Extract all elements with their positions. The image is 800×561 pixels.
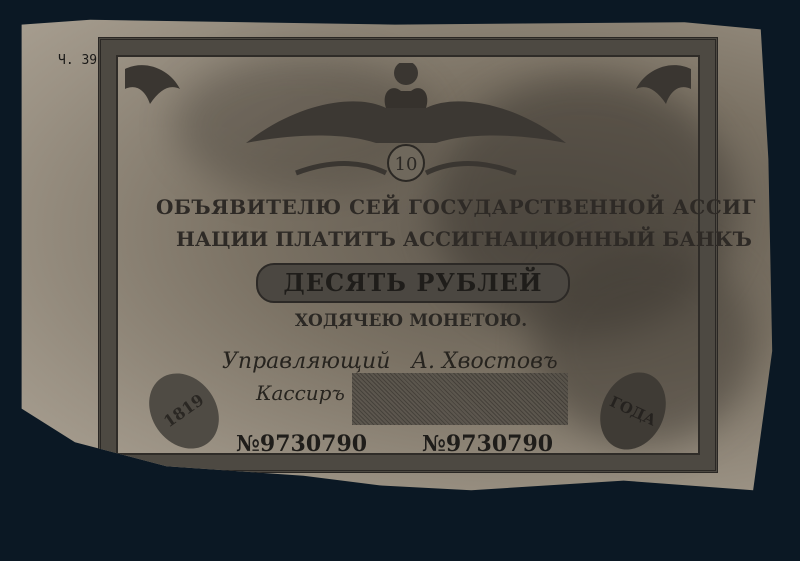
banknote-field: 10 ОБЪЯВИТЕЛЮ СЕЙ ГОСУДАРСТВЕННОЙ АССИГ … (116, 55, 700, 455)
year-word-oval: ГОДА (588, 362, 678, 461)
denomination-cartouche: ДЕСЯТЬ РУБЛЕЙ (256, 263, 570, 303)
text-line-1: ОБЪЯВИТЕЛЮ СЕЙ ГОСУДАРСТВЕННОЙ АССИГ (156, 195, 676, 219)
cashier-signature-field (352, 373, 568, 425)
svg-text:10: 10 (395, 154, 418, 175)
serial-number-left: №9730790 (236, 431, 367, 457)
currency-line: ХОДЯЧЕЮ МОНЕТОЮ. (256, 311, 566, 331)
text-line-2: НАЦИИ ПЛАТИТЪ АССИГНАЦИОННЫЙ БАНКЪ (176, 227, 676, 251)
manager-signature-line: Управляющий А. Хвостовъ (222, 349, 558, 374)
banknote: Ч. 3961 10 ОБЪЯВИТЕЛЮ СЕЙ ГОСУДАРСТВЕННО… (14, 15, 776, 495)
manager-label: Управляющий (222, 349, 390, 374)
cashier-label: Кассиръ (256, 381, 345, 405)
scroll-ornament-icon (120, 59, 190, 119)
double-headed-eagle-icon: 10 (236, 63, 576, 193)
year-oval: 1819 (135, 360, 233, 462)
manager-signature: А. Хвостовъ (411, 349, 557, 374)
serial-number-right: №9730790 (422, 431, 553, 457)
scroll-ornament-icon (626, 59, 696, 119)
